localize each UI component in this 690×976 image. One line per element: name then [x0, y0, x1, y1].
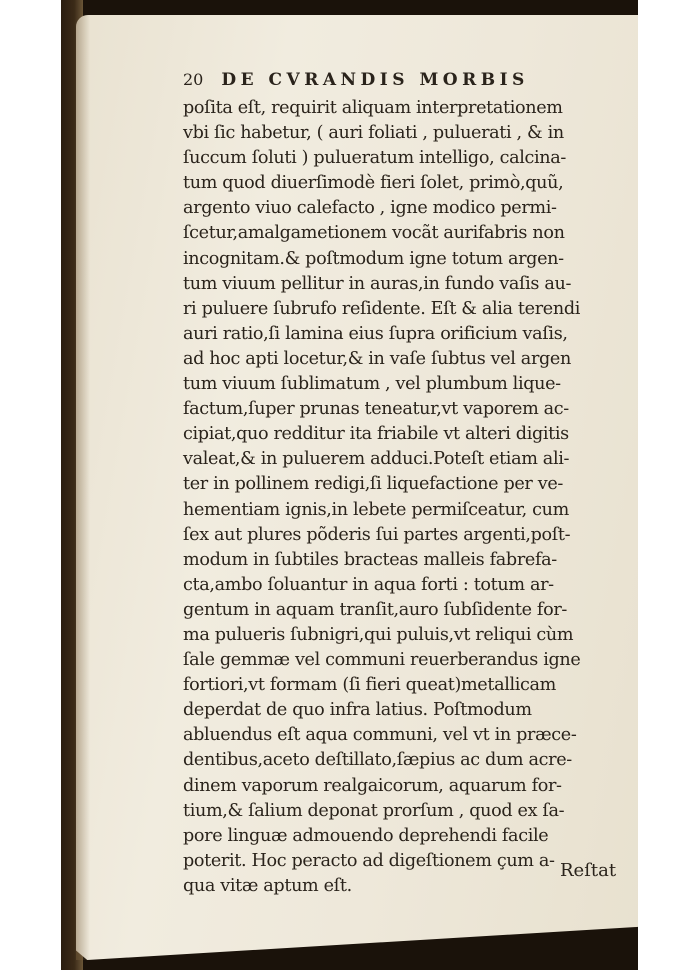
running-head-title: DE CVRANDIS MORBIS — [221, 70, 528, 90]
text-line: cipiat,quo redditur ita friabile vt alte… — [183, 422, 628, 447]
text-line: tum viuum ſublimatum , vel plumbum lique… — [183, 372, 628, 397]
page-text-block: 20 DE CVRANDIS MORBIS poſita eſt, requir… — [183, 70, 628, 899]
text-line: tum quod diuerſimodè fieri ſolet, primò,… — [183, 171, 628, 196]
text-line: argento viuo calefacto , igne modico per… — [183, 196, 628, 221]
text-line: fortiori,vt formam (ſi fieri queat)metal… — [183, 673, 628, 698]
text-line: poſita eſt, requirit aliquam interpretat… — [183, 96, 628, 121]
running-head: 20 DE CVRANDIS MORBIS — [183, 70, 628, 96]
text-line: deperdat de quo infra latius. Poſtmodum — [183, 698, 628, 723]
text-line: gentum in aquam tranſit,auro ſubſidente … — [183, 598, 628, 623]
text-line: tum viuum pellitur in auras,in fundo vaſ… — [183, 272, 628, 297]
text-line: ſex aut plures põderis ſui partes argent… — [183, 523, 628, 548]
text-line: ma pulueris ſubnigri,qui puluis,vt reliq… — [183, 623, 628, 648]
body-text: poſita eſt, requirit aliquam interpretat… — [183, 96, 628, 899]
text-line: ter in pollinem redigi,ſi liquefactione … — [183, 472, 628, 497]
page-number: 20 — [183, 70, 203, 89]
text-line: vbi ſic habetur, ( auri foliati , puluer… — [183, 121, 628, 146]
catchword: Reſtat — [560, 860, 616, 881]
text-line: ſcetur,amalgametionem vocãt aurifabris n… — [183, 221, 628, 246]
text-line: pore linguæ admouendo deprehendi facile — [183, 824, 628, 849]
text-line: cta,ambo ſoluantur in aqua forti : totum… — [183, 573, 628, 598]
text-line: abluendus eſt aqua communi, vel vt in pr… — [183, 723, 628, 748]
text-line: modum in ſubtiles bracteas malleis fabre… — [183, 548, 628, 573]
text-line: incognitam.& poſtmodum igne totum argen- — [183, 247, 628, 272]
text-line: tium,& ſalium deponat prorſum , quod ex … — [183, 799, 628, 824]
text-line: valeat,& in puluerem adduci.Poteſt etiam… — [183, 447, 628, 472]
text-line: ri puluere ſubrufo reſidente. Eſt & alia… — [183, 297, 628, 322]
text-line: ſuccum ſoluti ) puluera­tum intelligo, c… — [183, 146, 628, 171]
text-line: dinem vaporum realgaicorum, aquarum for- — [183, 774, 628, 799]
text-line: ſale gemmæ vel communi reuerberandus ign… — [183, 648, 628, 673]
text-line: ad hoc apti locetur,& in vaſe ſubtus vel… — [183, 347, 628, 372]
text-line: factum,ſuper prunas teneatur,vt vaporem … — [183, 397, 628, 422]
page-gutter-shade — [76, 15, 90, 960]
text-line: auri ratio,ſi lamina eius ſupra orificiu… — [183, 322, 628, 347]
text-line: dentibus,aceto deſtillato,ſæpius ac dum … — [183, 748, 628, 773]
text-line: hementiam ignis,in lebete permiſceatur, … — [183, 498, 628, 523]
